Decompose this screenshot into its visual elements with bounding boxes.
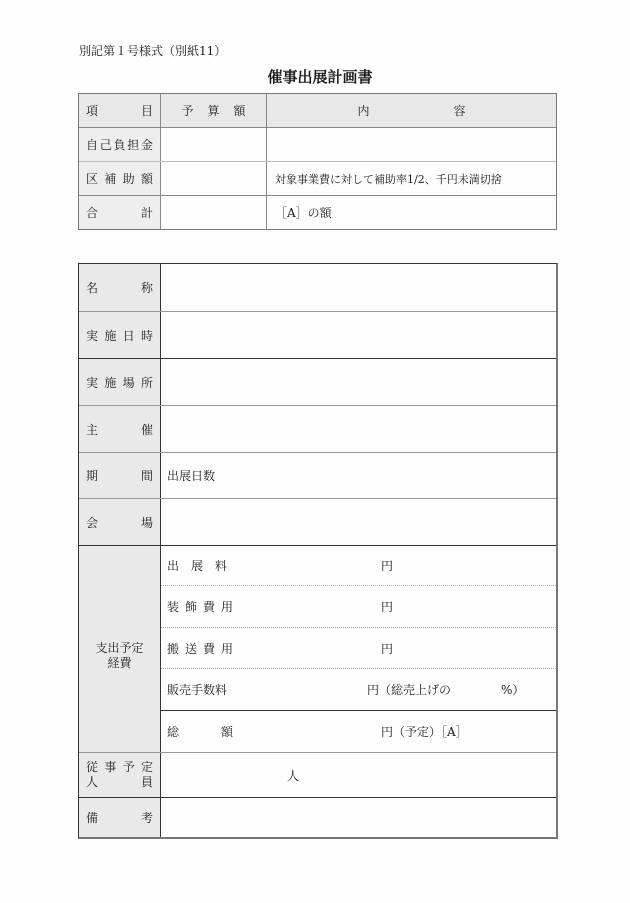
name-field[interactable] (161, 264, 556, 311)
label-period: 期間 (79, 453, 161, 498)
budget-row-self-pay: 自己負担金 (79, 127, 556, 161)
expense-name: 販売手数料 (167, 681, 233, 698)
staff-unit: 人 (287, 767, 299, 784)
label-name: 名称 (79, 264, 161, 311)
expense-sales-commission[interactable]: 販売手数料 円（総売上げの %） (161, 668, 556, 710)
place-field[interactable] (161, 359, 556, 405)
label-remarks: 備考 (79, 798, 161, 837)
expense-decoration[interactable]: 装飾費用 円 (161, 585, 556, 627)
expense-shipping[interactable]: 搬送費用 円 (161, 627, 556, 668)
label-self-pay: 自己負担金 (79, 128, 161, 161)
budget-row-subsidy: 区補助額 対象事業費に対して補助率1/2、千円未満切捨 (79, 161, 556, 195)
label-venue: 会場 (79, 499, 161, 545)
budget-input-subsidy[interactable] (161, 162, 267, 195)
staff-field[interactable]: 人 (161, 753, 556, 797)
expense-exhibit-fee[interactable]: 出展料 円 (161, 546, 556, 585)
expense-unit: 円（総売上げの (367, 681, 451, 698)
expense-unit: 円 (381, 640, 393, 657)
form-code: 別記第１号様式（別紙11） (79, 42, 226, 59)
expense-unit: 円 (381, 557, 393, 574)
expense-name: 総額 (167, 723, 233, 740)
expense-unit: 円（予定）［A］ (381, 723, 468, 740)
label-place: 実施場所 (79, 359, 161, 405)
budget-table: 項 目 予 算 額 内 容 自己負担金 区補助額 対象事業費に対して補助率1/2… (78, 93, 557, 230)
row-period: 期間 出展日数 (79, 452, 556, 498)
budget-input-total[interactable] (161, 196, 267, 229)
organizer-field[interactable] (161, 406, 556, 452)
document-title: 催事出展計画書 (0, 66, 630, 87)
period-field[interactable]: 出展日数 (161, 453, 556, 498)
row-remarks: 備考 (79, 797, 556, 837)
detail-table: 名称 実施日時 実施場所 主催 期間 出展日数 会場 (78, 263, 558, 839)
label-date: 実施日時 (79, 312, 161, 358)
expense-total[interactable]: 総額 円（予定）［A］ (161, 710, 556, 752)
remarks-field[interactable] (161, 798, 556, 837)
label-expenses: 支出予定 経費 (79, 546, 161, 752)
label-organizer: 主催 (79, 406, 161, 452)
content-subsidy-note: 対象事業費に対して補助率1/2、千円未満切捨 (267, 162, 556, 195)
row-date: 実施日時 (79, 311, 556, 358)
date-field[interactable] (161, 312, 556, 358)
budget-row-total: 合計 ［A］の額 (79, 195, 556, 229)
header-budget: 予 算 額 (161, 94, 267, 127)
label-subsidy: 区補助額 (79, 162, 161, 195)
label-staff: 従事予定 人員 (79, 753, 161, 797)
label-total: 合計 (79, 196, 161, 229)
row-place: 実施場所 (79, 358, 556, 405)
header-content: 内 容 (267, 94, 556, 127)
expense-name: 出展料 (167, 557, 227, 574)
expense-percent-suffix: %） (501, 681, 524, 698)
row-name: 名称 (79, 264, 556, 311)
row-staff: 従事予定 人員 人 (79, 752, 556, 797)
venue-field[interactable] (161, 499, 556, 545)
header-item: 項 目 (79, 94, 161, 127)
row-venue: 会場 (79, 498, 556, 545)
expenses-section: 支出予定 経費 出展料 円 装飾費用 円 搬送費用 (79, 545, 556, 752)
content-input-self-pay[interactable] (267, 128, 556, 161)
budget-input-self-pay[interactable] (161, 128, 267, 161)
expense-unit: 円 (381, 598, 393, 615)
content-total-note: ［A］の額 (267, 196, 556, 229)
budget-header-row: 項 目 予 算 額 内 容 (79, 94, 556, 127)
expense-name: 装飾費用 (167, 598, 233, 615)
row-organizer: 主催 (79, 405, 556, 452)
expense-list: 出展料 円 装飾費用 円 搬送費用 円 販売手数料 円（総売上げの %） (161, 546, 556, 752)
expense-name: 搬送費用 (167, 640, 233, 657)
